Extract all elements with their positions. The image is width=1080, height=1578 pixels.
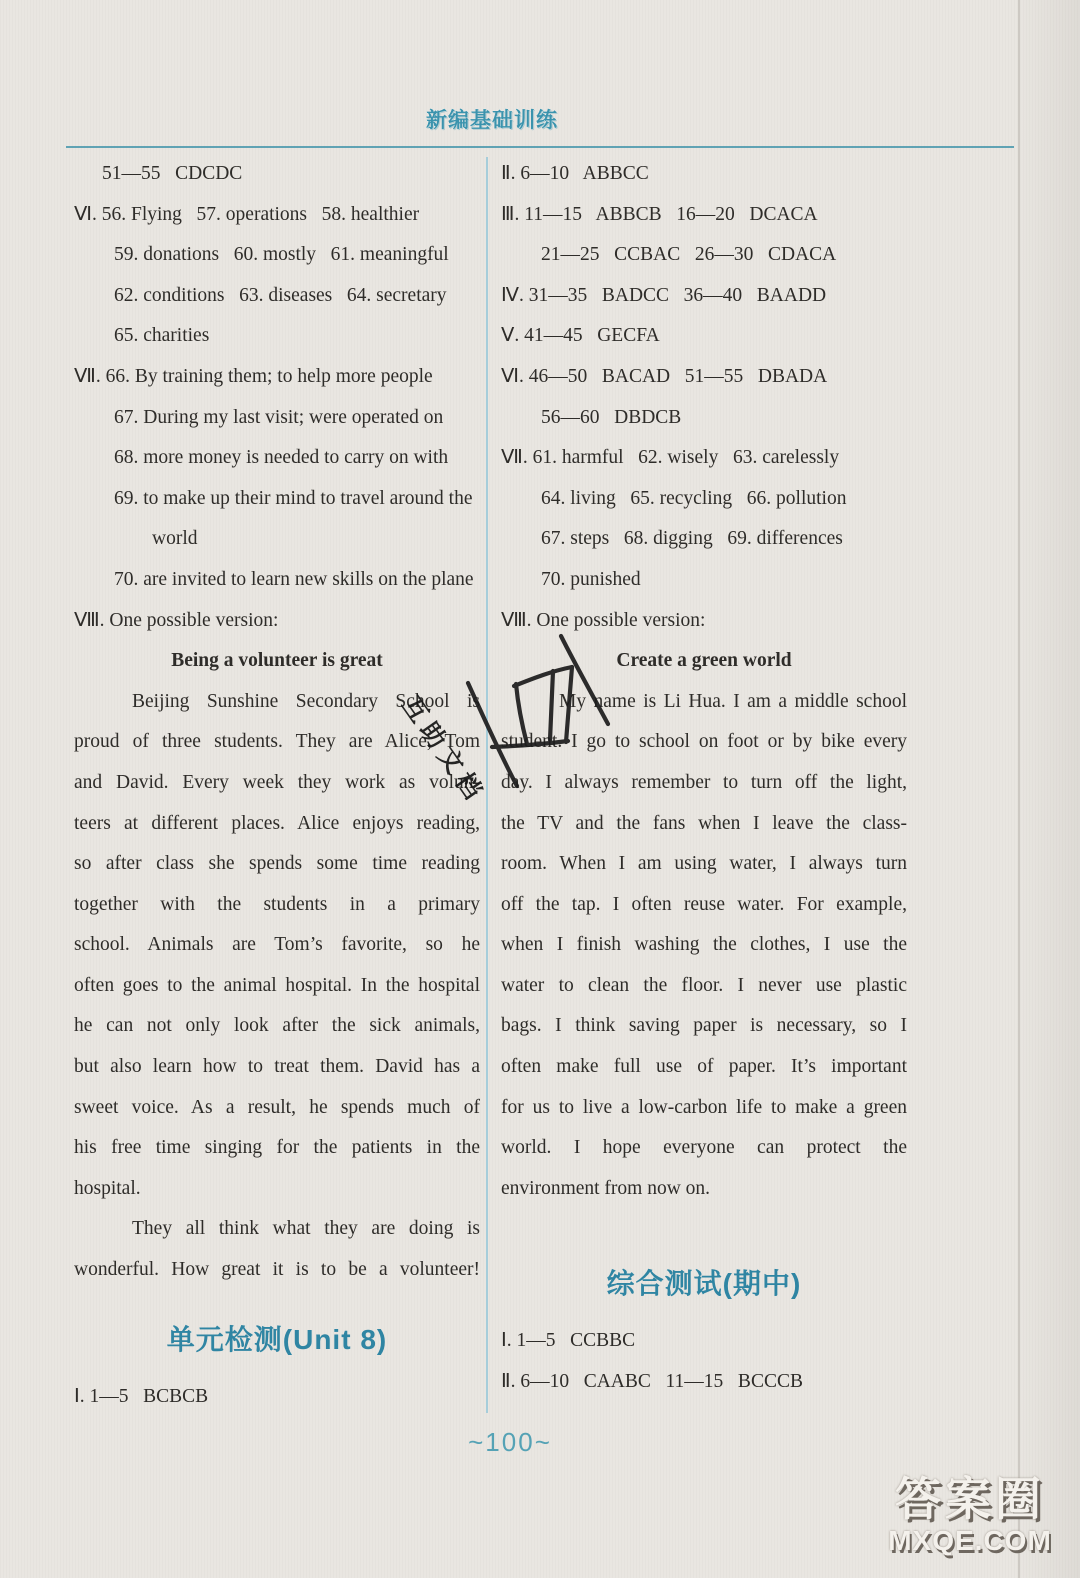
text-line: water to clean the floor. I never use pl… [501, 966, 907, 1007]
text-line: 70. punished [501, 560, 907, 601]
text-line: 64. living 65. recycling 66. pollution [501, 479, 907, 520]
text-line: often goes to the animal hospital. In th… [74, 966, 480, 1007]
scanned-answer-page: 新编基础训练 51—55 CDCDCⅥ. 56. Flying 57. oper… [0, 0, 1080, 1578]
text-line: 62. conditions 63. diseases 64. secretar… [74, 276, 480, 317]
text-line: Ⅱ. 6—10 ABBCC [501, 154, 907, 195]
text-line: 68. more money is needed to carry on wit… [74, 438, 480, 479]
text-line: world [74, 519, 480, 560]
brand-logo: 新编基础训练 [426, 104, 558, 134]
text-line: 70. are invited to learn new skills on t… [74, 560, 480, 601]
text-line: 69. to make up their mind to travel arou… [74, 479, 480, 520]
right-column: Ⅱ. 6—10 ABBCCⅢ. 11—15 ABBCB 16—20 DCACA2… [501, 154, 907, 1403]
text-line: Ⅳ. 31—35 BADCC 36—40 BAADD [501, 276, 907, 317]
essay-title: Being a volunteer is great [74, 641, 480, 682]
text-line: day. I always remember to turn off the l… [501, 763, 907, 804]
page-number: ~100~ [430, 1427, 590, 1458]
watermark-site: MXQE.COM [860, 1525, 1080, 1557]
text-line: teers at different places. Alice enjoys … [74, 804, 480, 845]
text-line: 21—25 CCBAC 26—30 CDACA [501, 235, 907, 276]
text-line: Ⅷ. One possible version: [501, 601, 907, 642]
section-header: 单元检测(Unit 8) [74, 1317, 480, 1363]
text-line: student. I go to school on foot or by bi… [501, 722, 907, 763]
left-column: 51—55 CDCDCⅥ. 56. Flying 57. operations … [74, 154, 480, 1417]
text-line: but also learn how to treat them. David … [74, 1047, 480, 1088]
text-line: world. I hope everyone can protect the [501, 1128, 907, 1169]
text-line: environment from now on. [501, 1169, 907, 1210]
text-line: room. When I am using water, I always tu… [501, 844, 907, 885]
text-line: They all think what they are doing is [74, 1209, 480, 1250]
text-line: sweet voice. As a result, he spends much… [74, 1088, 480, 1129]
text-line: Ⅰ. 1—5 CCBBC [501, 1321, 907, 1362]
text-line: Ⅷ. One possible version: [74, 601, 480, 642]
text-line: his free time singing for the patients i… [74, 1128, 480, 1169]
text-line: Ⅶ. 61. harmful 62. wisely 63. carelessly [501, 438, 907, 479]
header-rule [66, 146, 1014, 148]
text-line: 67. During my last visit; were operated … [74, 398, 480, 439]
text-line: My name is Li Hua. I am a middle school [501, 682, 907, 723]
watermark-brand: 答案圈 [860, 1473, 1080, 1525]
text-line: Ⅴ. 41—45 GECFA [501, 316, 907, 357]
text-line: hospital. [74, 1169, 480, 1210]
page-edge-line [1018, 0, 1020, 1578]
text-line: 67. steps 68. digging 69. differences [501, 519, 907, 560]
text-line: Ⅵ. 56. Flying 57. operations 58. healthi… [74, 195, 480, 236]
text-line: Ⅱ. 6—10 CAABC 11—15 BCCCB [501, 1362, 907, 1403]
text-line: bags. I think saving paper is necessary,… [501, 1006, 907, 1047]
text-line: the TV and the fans when I leave the cla… [501, 804, 907, 845]
text-line: 51—55 CDCDC [74, 154, 480, 195]
text-line: Ⅵ. 46—50 BACAD 51—55 DBADA [501, 357, 907, 398]
text-line: when I finish washing the clothes, I use… [501, 925, 907, 966]
text-line: so after class she spends some time read… [74, 844, 480, 885]
section-header: 综合测试(期中) [501, 1261, 907, 1307]
text-line: together with the students in a primary [74, 885, 480, 926]
text-line: 59. donations 60. mostly 61. meaningful [74, 235, 480, 276]
essay-title: Create a green world [501, 641, 907, 682]
text-line: 56—60 DBDCB [501, 398, 907, 439]
text-line: 65. charities [74, 316, 480, 357]
watermark: 答案圈 MXQE.COM [860, 1473, 1080, 1557]
text-line: he can not only look after the sick anim… [74, 1006, 480, 1047]
text-line: Ⅶ. 66. By training them; to help more pe… [74, 357, 480, 398]
text-line: off the tap. I often reuse water. For ex… [501, 885, 907, 926]
text-line: often make full use of paper. It’s impor… [501, 1047, 907, 1088]
text-line: for us to live a low-carbon life to make… [501, 1088, 907, 1129]
text-line: school. Animals are Tom’s favorite, so h… [74, 925, 480, 966]
text-line: and David. Every week they work as volun… [74, 763, 480, 804]
text-line: Ⅰ. 1—5 BCBCB [74, 1377, 480, 1418]
text-line: wonderful. How great it is to be a volun… [74, 1250, 480, 1291]
text-line: Ⅲ. 11—15 ABBCB 16—20 DCACA [501, 195, 907, 236]
